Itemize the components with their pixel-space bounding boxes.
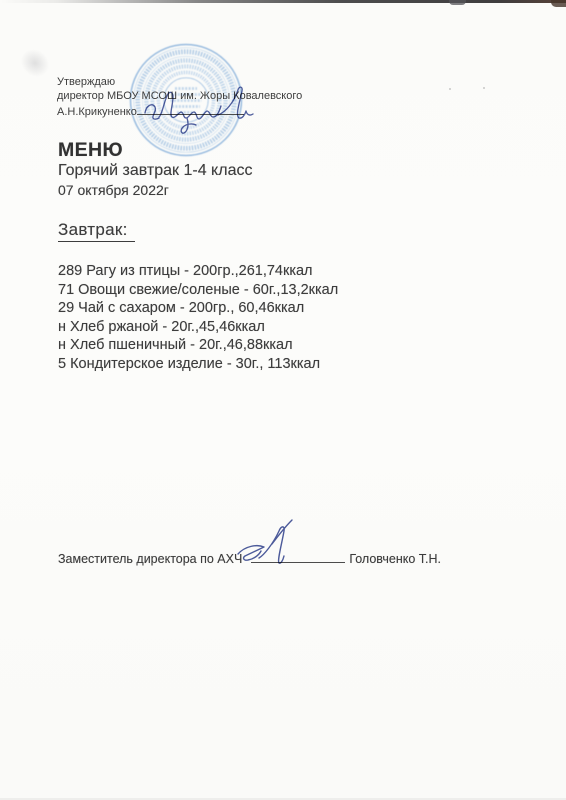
document-page: Утверждаю директор МБОУ МСОШ им. Жоры Ко… bbox=[0, 0, 566, 800]
menu-item: н Хлеб пшеничный - 20г.,46,88ккал bbox=[58, 336, 338, 355]
footer-role-label: Заместитель директора по АХЧ bbox=[58, 552, 242, 566]
menu-subtitle: Горячий завтрак 1-4 класс bbox=[58, 162, 252, 180]
scan-speck bbox=[449, 88, 451, 90]
scan-speck bbox=[483, 87, 485, 89]
director-name: А.Н.Крикуненко bbox=[57, 106, 137, 118]
scan-artifact-blob bbox=[449, 0, 466, 5]
menu-items-list: 289 Рагу из птицы - 200гр.,261,74ккал 71… bbox=[58, 262, 338, 374]
menu-title: МЕНЮ bbox=[58, 139, 123, 162]
deputy-signature bbox=[226, 514, 316, 572]
scan-smudge bbox=[15, 43, 55, 82]
menu-item: н Хлеб ржаной - 20г.,45,46ккал bbox=[58, 318, 338, 337]
scan-artifact-corner bbox=[551, 0, 566, 7]
menu-item: 289 Рагу из птицы - 200гр.,261,74ккал bbox=[58, 262, 338, 281]
menu-item: 71 Овощи свежие/соленые - 60г.,13,2ккал bbox=[58, 281, 338, 300]
menu-item: 5 Кондитерское изделие - 30г., 113ккал bbox=[58, 355, 338, 374]
menu-date: 07 октября 2022г bbox=[58, 182, 169, 198]
scan-artifact-top-edge bbox=[0, 0, 566, 3]
breakfast-heading: Завтрак: bbox=[58, 220, 135, 242]
menu-item: 29 Чай с сахаром - 200гр., 60,46ккал bbox=[58, 299, 338, 318]
footer-name: Головченко Т.Н. bbox=[349, 552, 441, 566]
director-signature bbox=[138, 84, 254, 134]
